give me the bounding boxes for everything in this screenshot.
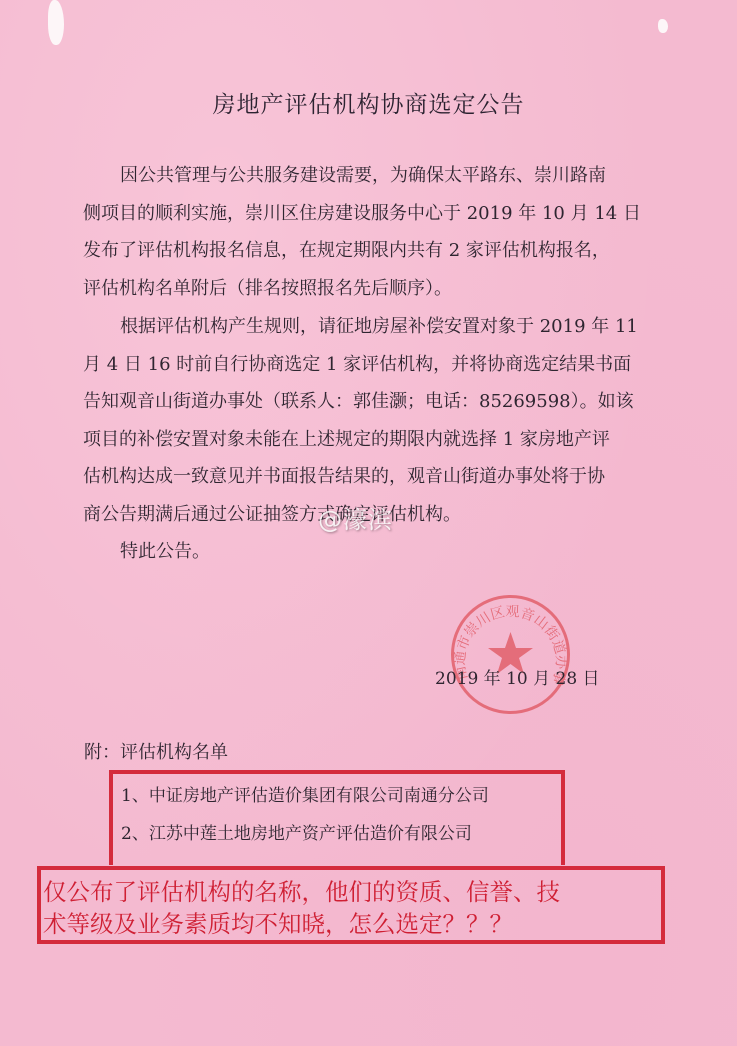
watermark: @濠滨 xyxy=(318,500,393,535)
paper-tear-top-left xyxy=(48,0,64,45)
paragraph-line: 评估机构名单附后（排名按照报名先后顺序）。 xyxy=(83,270,663,308)
paragraph-line: 因公共管理与公共服务建设需要，为确保太平路东、崇川路南 xyxy=(83,157,663,195)
notice-title: 房地产评估机构协商选定公告 xyxy=(0,86,737,119)
notice-date: 2019 年 10 月 28 日 xyxy=(435,664,600,689)
paragraph-line: 发布了评估机构报名信息，在规定期限内共有 2 家评估机构报名， xyxy=(83,232,663,270)
paragraph-1: 因公共管理与公共服务建设需要，为确保太平路东、崇川路南 侧项目的顺利实施，崇川区… xyxy=(83,157,663,307)
agency-item: 2、江苏中莲土地房地产资产评估造价有限公司 xyxy=(121,819,472,844)
official-seal-icon: 南通市崇川区观音山街道办事处 xyxy=(448,592,573,717)
annotation-line: 仅公布了评估机构的名称，他们的资质、信誉、技 xyxy=(43,873,560,907)
paragraph-line: 月 4 日 16 时前自行协商选定 1 家评估机构，并将协商选定结果书面 xyxy=(83,346,663,384)
paragraph-line: 侧项目的顺利实施，崇川区住房建设服务中心于 2019 年 10 月 14 日 xyxy=(83,195,663,233)
paragraph-line: 项目的补偿安置对象未能在上述规定的期限内就选择 1 家房地产评 xyxy=(83,421,663,459)
paragraph-line: 估机构达成一致意见并书面报告结果的，观音山街道办事处将于协 xyxy=(83,458,663,496)
paragraph-line: 根据评估机构产生规则，请征地房屋补偿安置对象于 2019 年 11 xyxy=(83,308,663,346)
agency-item: 1、中证房地产评估造价集团有限公司南通分公司 xyxy=(121,781,489,806)
annotation-box: 仅公布了评估机构的名称，他们的资质、信誉、技 术等级及业务素质均不知晓，怎么选定… xyxy=(37,866,665,944)
attachment-label: 附：评估机构名单 xyxy=(84,738,228,764)
closing-line: 特此公告。 xyxy=(83,533,663,571)
paragraph-closing: 特此公告。 xyxy=(83,533,663,571)
annotation-line: 术等级及业务素质均不知晓，怎么选定？？？ xyxy=(43,905,513,939)
highlight-box-agency-list: 1、中证房地产评估造价集团有限公司南通分公司 2、江苏中莲土地房地产资产评估造价… xyxy=(109,770,565,865)
paragraph-line: 告知观音山街道办事处（联系人：郭佳灏；电话：85269598）。如该 xyxy=(83,383,663,421)
paper-tear-top-right xyxy=(658,19,668,33)
